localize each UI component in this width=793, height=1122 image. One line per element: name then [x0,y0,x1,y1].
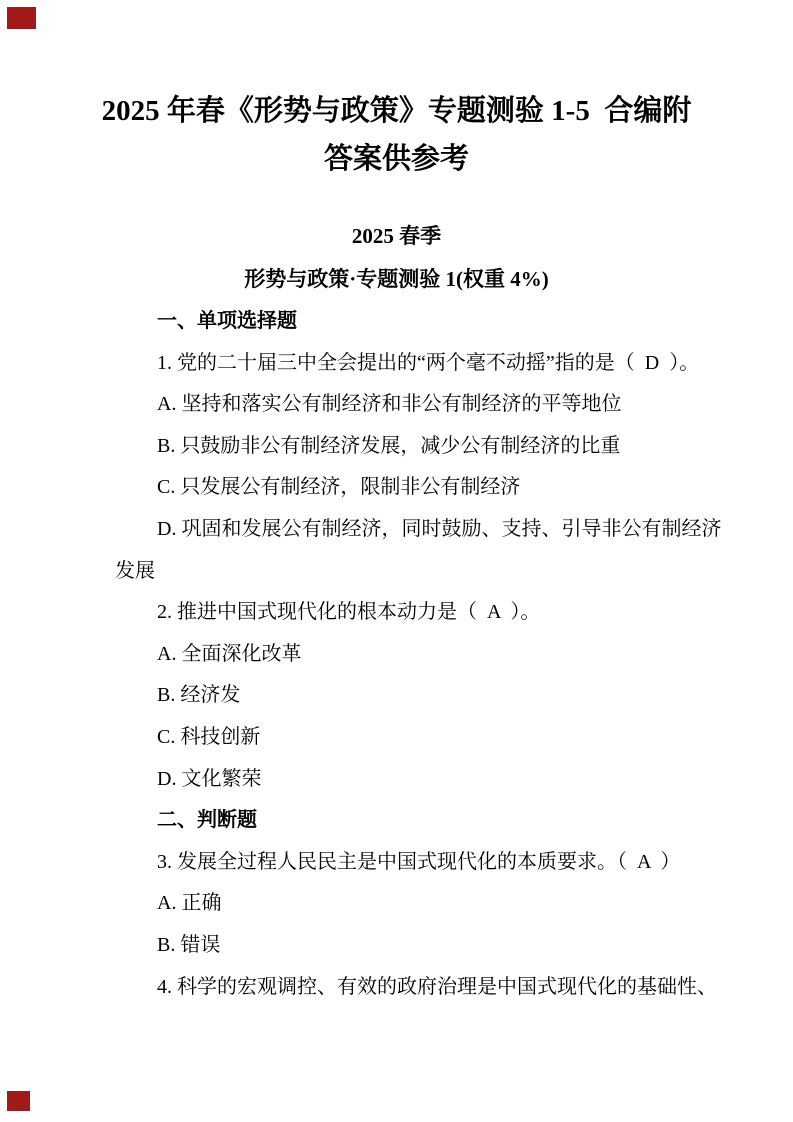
red-mark-top-left [7,7,36,29]
text-line: B. 经济发 [115,675,793,717]
quiz-title-heading: 形势与政策·专题测验 1(权重 4%) [0,258,793,301]
red-mark-bottom-left [7,1091,30,1111]
text-line: A. 正确 [115,883,793,925]
text-line: D. 文化繁荣 [115,759,793,801]
text-line: 4. 科学的宏观调控、有效的政府治理是中国式现代化的基础性、 [115,967,793,1009]
document-title-line-1: 2025 年春《形势与政策》专题测验 1-5 合编附 [0,87,793,135]
document-page: 2025 年春《形势与政策》专题测验 1-5 合编附 答案供参考 2025 春季… [0,0,793,1122]
text-line: 1. 党的二十届三中全会提出的“两个毫不动摇”指的是（ D ）。 [115,343,793,385]
document-title: 2025 年春《形势与政策》专题测验 1-5 合编附 答案供参考 [0,87,793,183]
section-heading: 二、判断题 [115,800,793,842]
text-line: D. 巩固和发展公有制经济，同时鼓励、支持、引导非公有制经济 [115,509,793,551]
text-line: A. 全面深化改革 [115,634,793,676]
text-line: A. 坚持和落实公有制经济和非公有制经济的平等地位 [115,384,793,426]
text-line: 3. 发展全过程人民民主是中国式现代化的本质要求。（ A ） [115,842,793,884]
text-line: C. 只发展公有制经济，限制非公有制经济 [115,467,793,509]
document-body: 一、单项选择题1. 党的二十届三中全会提出的“两个毫不动摇”指的是（ D ）。A… [0,301,793,1008]
document-title-line-2: 答案供参考 [0,135,793,183]
text-line: 2. 推进中国式现代化的根本动力是（ A ）。 [115,592,793,634]
text-line: B. 错误 [115,925,793,967]
section-heading: 一、单项选择题 [115,301,793,343]
text-line: C. 科技创新 [115,717,793,759]
season-heading: 2025 春季 [0,215,793,258]
text-line: 发展 [115,551,793,593]
text-line: B. 只鼓励非公有制经济发展，减少公有制经济的比重 [115,426,793,468]
